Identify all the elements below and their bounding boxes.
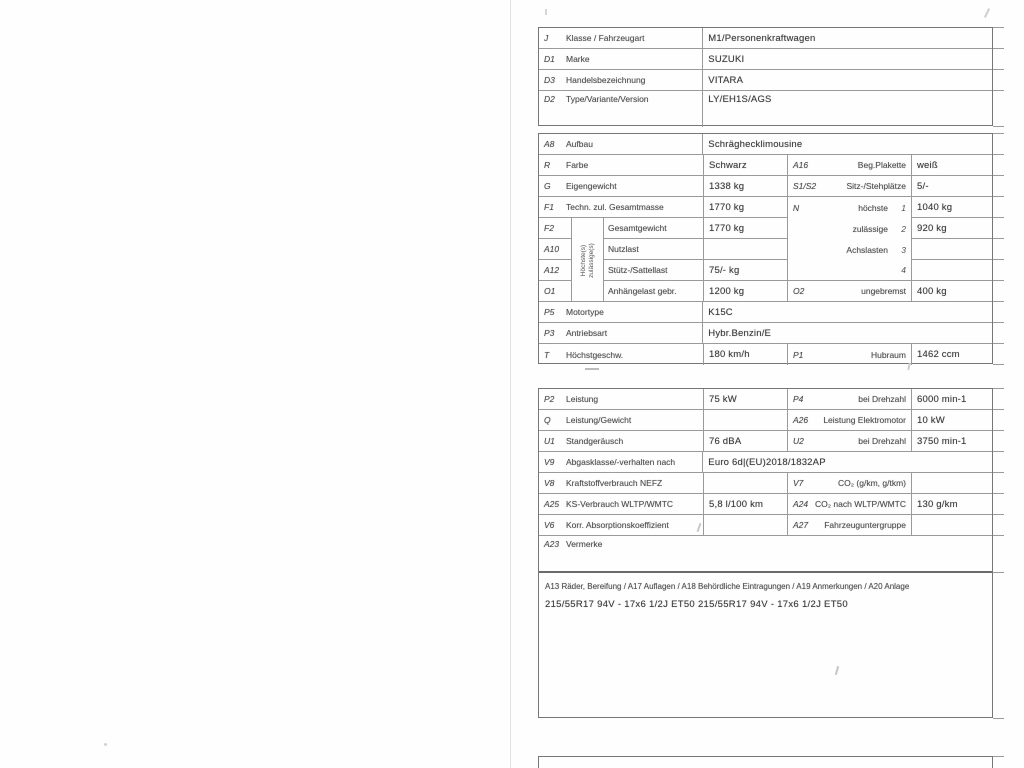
scan-artifact [585, 368, 599, 370]
field-label: Antriebsart [566, 328, 607, 338]
field-id: P1 [793, 350, 809, 360]
grid-line-stub [993, 238, 1004, 239]
scan-artifact [907, 363, 910, 370]
axle-number: 3 [894, 245, 906, 255]
grid-line-stub [993, 259, 1004, 260]
field-label: Leistung [566, 394, 598, 404]
field-id: F2 [544, 223, 560, 233]
table-row: D3Handelsbezeichnung VITARA [539, 70, 992, 91]
field-id: F1 [544, 202, 560, 212]
field-id: Q [544, 415, 560, 425]
grid-line-stub [993, 493, 1004, 494]
table-row: P2Leistung 75 kW P4bei Drehzahl 6000 min… [539, 389, 992, 410]
field-label: Fahrzeuguntergruppe [824, 520, 906, 530]
table-row: O1 Anhängelast gebr. 1200 kg O2ungebrems… [539, 281, 992, 302]
table-row: F2 Gesamtgewicht 1770 kg zulässige2 920 … [539, 218, 992, 239]
field-value: 1338 kg [709, 181, 744, 192]
grid-line-stub [993, 756, 1004, 757]
field-label: Marke [566, 54, 590, 64]
table-row: QLeistung/Gewicht A26Leistung Elektromot… [539, 410, 992, 431]
field-value: 400 kg [917, 286, 947, 297]
grid-line-stub [993, 154, 1004, 155]
field-id: V9 [544, 457, 560, 467]
field-label: Nutzlast [608, 244, 639, 254]
grid-line-stub [993, 430, 1004, 431]
field-value: Schräghecklimousine [708, 139, 802, 150]
field-id: O2 [793, 286, 809, 296]
field-label: Farbe [566, 160, 588, 170]
table-row: V6Korr. Absorptionskoeffizient A27Fahrze… [539, 515, 992, 536]
field-id: A23 [544, 539, 560, 549]
weights-engine-table: A8Aufbau Schräghecklimousine RFarbe Schw… [538, 133, 993, 364]
field-value: 1770 kg [709, 223, 744, 234]
field-label: Handelsbezeichnung [566, 75, 645, 85]
field-id: D2 [544, 94, 560, 104]
field-value: 75/- kg [709, 265, 739, 276]
field-value: 3750 min-1 [917, 436, 967, 447]
field-label: Leistung Elektromotor [823, 415, 906, 425]
field-value: SUZUKI [708, 54, 744, 65]
axle-number: 1 [894, 203, 906, 213]
grid-line-stub [993, 409, 1004, 410]
table-row: D2Type/Variante/Version LY/EH1S/AGS [539, 91, 992, 127]
field-value: M1/Personenkraftwagen [708, 33, 815, 44]
wheels-tyres-header: A13 Räder, Bereifung / A17 Auflagen / A1… [545, 582, 986, 591]
grid-line-stub [993, 388, 1004, 389]
field-value: 1040 kg [917, 202, 952, 213]
field-label: Höchstgeschw. [566, 350, 623, 360]
field-id: P4 [793, 394, 809, 404]
field-id: A8 [544, 139, 560, 149]
next-section-table [538, 756, 993, 768]
grid-line-stub [993, 451, 1004, 452]
grid-line-stub [993, 27, 1004, 28]
tyre-specification: 215/55R17 94V - 17x6 1/2J ET50 215/55R17… [545, 599, 986, 610]
table-row: A10 Nutzlast Achslasten3 [539, 239, 992, 260]
table-row: A12 Stütz-/Sattellast 75/- kg 4 [539, 260, 992, 281]
field-id: G [544, 181, 560, 191]
grid-line-stub [993, 133, 1004, 134]
table-row: D1Marke SUZUKI [539, 49, 992, 70]
scanned-vehicle-document: { "document_type": "Fahrzeug-Datenblatt … [0, 0, 1024, 768]
field-id: V7 [793, 478, 809, 488]
field-id: A26 [793, 415, 809, 425]
field-id: P5 [544, 307, 560, 317]
grid-line-stub [993, 301, 1004, 302]
scan-artifact [104, 743, 107, 746]
grid-line-stub [993, 175, 1004, 176]
field-label: Eigengewicht [566, 181, 617, 191]
field-value: 10 kW [917, 415, 945, 426]
field-label: Gesamtgewicht [608, 223, 667, 233]
grid-line-stub [993, 718, 1004, 719]
grid-line-stub [993, 572, 1004, 573]
field-label: Beg.Plakette [858, 160, 906, 170]
grid-line-stub [993, 322, 1004, 323]
grid-line-stub [993, 90, 1004, 91]
field-value: Euro 6d|(EU)2018/1832AP [708, 457, 825, 468]
grid-line-stub [993, 126, 1004, 127]
field-label: Hubraum [871, 350, 906, 360]
grid-line-stub [993, 472, 1004, 473]
field-id: S1/S2 [793, 181, 816, 191]
table-row: THöchstgeschw. 180 km/h P1Hubraum 1462 c… [539, 344, 992, 365]
grid-line-stub [993, 196, 1004, 197]
field-value: 1462 ccm [917, 349, 960, 360]
field-value: weiß [917, 160, 938, 171]
field-id: A10 [544, 244, 560, 254]
field-id: D3 [544, 75, 560, 85]
field-value: Schwarz [709, 160, 747, 171]
field-value: K15C [708, 307, 733, 318]
field-label: Techn. zul. Gesamtmasse [566, 202, 664, 212]
field-id: V8 [544, 478, 560, 488]
field-label: Klasse / Fahrzeugart [566, 33, 644, 43]
table-row: A25KS-Verbrauch WLTP/WMTC 5,8 l/100 km A… [539, 494, 992, 515]
field-label: Type/Variante/Version [566, 94, 649, 104]
table-row: P5Motortype K15C [539, 302, 992, 323]
vehicle-identity-table: JKlasse / Fahrzeugart M1/Personenkraftwa… [538, 27, 993, 126]
field-label: Leistung/Gewicht [566, 415, 631, 425]
axle-label: zulässige [853, 224, 888, 234]
field-label: Stütz-/Sattellast [608, 265, 668, 275]
table-row: V8Kraftstoffverbrauch NEFZ V7CO₂ (g/km, … [539, 473, 992, 494]
grid-line-stub [993, 364, 1004, 365]
field-value: 180 km/h [709, 349, 750, 360]
field-id: N [793, 203, 809, 213]
table-row: P3Antriebsart Hybr.Benzin/E [539, 323, 992, 344]
field-label: Anhängelast gebr. [608, 286, 677, 296]
field-id: U2 [793, 436, 809, 446]
field-value: 130 g/km [917, 499, 958, 510]
field-label: ungebremst [861, 286, 906, 296]
table-row: RFarbe Schwarz A16Beg.Plakette weiß [539, 155, 992, 176]
field-id: T [544, 350, 560, 360]
field-value: 75 kW [709, 394, 737, 405]
field-id: O1 [544, 286, 560, 296]
table-row: GEigengewicht 1338 kg S1/S2Sitz-/Stehplä… [539, 176, 992, 197]
field-label: Vermerke [566, 539, 602, 549]
table-row-remarks: A23Vermerke [539, 536, 992, 573]
table-row: F1Techn. zul. Gesamtmasse 1770 kg Nhöchs… [539, 197, 992, 218]
field-id: A24 [793, 499, 809, 509]
field-label: Standgeräusch [566, 436, 623, 446]
field-id: P3 [544, 328, 560, 338]
field-label: Motortype [566, 307, 604, 317]
field-value: 5,8 l/100 km [709, 499, 763, 510]
field-label: CO₂ nach WLTP/WMTC [815, 499, 906, 509]
grid-line-stub [993, 514, 1004, 515]
field-value: 76 dBA [709, 436, 741, 447]
grid-line-stub [993, 69, 1004, 70]
field-label: Abgasklasse/-verhalten nach [566, 457, 675, 467]
field-value: 5/- [917, 181, 929, 192]
field-id: P2 [544, 394, 560, 404]
field-id: D1 [544, 54, 560, 64]
scan-artifact [545, 9, 547, 15]
field-value: 920 kg [917, 223, 947, 234]
axle-number: 4 [894, 265, 906, 275]
field-label: bei Drehzahl [858, 436, 906, 446]
field-value: VITARA [708, 75, 743, 86]
grid-line-stub [993, 217, 1004, 218]
field-label: KS-Verbrauch WLTP/WMTC [566, 499, 673, 509]
field-label: Sitz-/Stehplätze [846, 181, 906, 191]
grid-line-stub [993, 280, 1004, 281]
table-row: A8Aufbau Schräghecklimousine [539, 134, 992, 155]
performance-emissions-table: P2Leistung 75 kW P4bei Drehzahl 6000 min… [538, 388, 993, 718]
field-value: LY/EH1S/AGS [708, 94, 771, 105]
grid-line-stub [993, 343, 1004, 344]
field-value: 1200 kg [709, 286, 744, 297]
field-id: V6 [544, 520, 560, 530]
axle-label: höchste [858, 203, 888, 213]
field-id: A27 [793, 520, 809, 530]
table-row: JKlasse / Fahrzeugart M1/Personenkraftwa… [539, 28, 992, 49]
scan-artifact [984, 8, 990, 18]
field-label: Aufbau [566, 139, 593, 149]
field-value: 6000 min-1 [917, 394, 967, 405]
field-id: A25 [544, 499, 560, 509]
field-label: bei Drehzahl [858, 394, 906, 404]
grid-line-stub [993, 535, 1004, 536]
axle-number: 2 [894, 224, 906, 234]
field-id: U1 [544, 436, 560, 446]
field-id: A12 [544, 265, 560, 275]
field-value: Hybr.Benzin/E [708, 328, 771, 339]
field-label: Kraftstoffverbrauch NEFZ [566, 478, 662, 488]
field-label: Korr. Absorptionskoeffizient [566, 520, 669, 530]
field-id: A16 [793, 160, 809, 170]
field-id: R [544, 160, 560, 170]
table-row: U1Standgeräusch 76 dBA U2bei Drehzahl 37… [539, 431, 992, 452]
field-label: CO₂ (g/km, g/tkm) [838, 478, 906, 488]
field-id: J [544, 33, 560, 43]
page-fold-line [510, 0, 511, 768]
grid-line-stub [993, 48, 1004, 49]
wheels-tyres-section: A13 Räder, Bereifung / A17 Auflagen / A1… [539, 573, 992, 717]
axle-label: Achslasten [846, 245, 888, 255]
field-value: 1770 kg [709, 202, 744, 213]
table-row: V9Abgasklasse/-verhalten nach Euro 6d|(E… [539, 452, 992, 473]
